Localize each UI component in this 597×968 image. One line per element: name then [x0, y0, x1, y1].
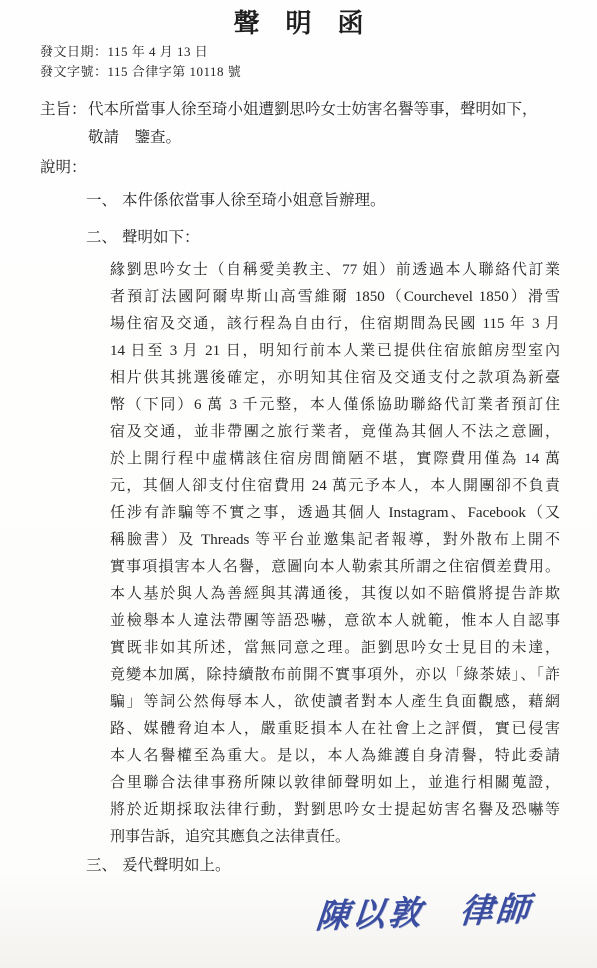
page-title: 聲明函: [0, 8, 597, 40]
list-item-3: 三、 爰代聲明如上。: [86, 853, 597, 879]
statement-line: 14 日至 3 月 21 日，明知行前本人業已提供住宿旅館房型室內: [110, 338, 560, 365]
explanation-heading: 說明：: [40, 156, 597, 180]
issue-date: 發文日期：115 年 4 月 13 日: [40, 42, 597, 62]
item-text: 爰代聲明如上。: [122, 853, 231, 879]
subject-line-2: 敬請 鑒查。: [88, 124, 560, 152]
subject-label: 主旨：: [40, 96, 88, 152]
statement-line: 並檢舉本人違法帶團等語恐嚇，意欲本人就範，惟本人自認事: [110, 608, 560, 635]
item-text: 聲明如下：: [122, 225, 200, 251]
doc-number: 發文字號：115 合律字第 10118 號: [40, 62, 597, 82]
statement-line: 宿及交通，並非帶團之旅行業者，竟僅為其個人不法之意圖，: [110, 419, 560, 446]
statement-letter-page: 聲明函 發文日期：115 年 4 月 13 日 發文字號：115 合律字第 10…: [0, 0, 597, 968]
subject-text: 代本所當事人徐至琦小姐遭劉思吟女士妨害名譽等事，聲明如下， 敬請 鑒查。: [88, 96, 560, 152]
statement-line: 緣劉思吟女士（自稱愛美教主、77 姐）前透過本人聯絡代訂業: [110, 257, 560, 284]
statement-line: 實事項損害本人名譽，意圖向本人勒索其所謂之住宿價差費用。: [110, 554, 560, 581]
statement-line: 將於近期採取法律行動，對劉思吟女士提起妨害名譽及恐嚇等: [110, 797, 560, 824]
statement-line: 刑事告訴，追究其應負之法律責任。: [110, 824, 560, 851]
statement-line: 任涉有詐騙等不實之事，透過其個人 Instagram、Facebook（又: [110, 500, 560, 527]
list-item-2: 二、 聲明如下：: [86, 225, 597, 251]
statement-line: 者預訂法國阿爾卑斯山高雪維爾 1850（Courchevel 1850）滑雪: [110, 284, 560, 311]
statement-line: 場住宿及交通，該行程為自由行，住宿期間為民國 115 年 3 月: [110, 311, 560, 338]
statement-line: 稱臉書）及 Threads 等平台並邀集記者報導，對外散布上開不: [110, 527, 560, 554]
item-number: 二、: [86, 225, 122, 251]
statement-line: 元，其個人卻支付住宿費用 24 萬元予本人，本人開團卻不負責: [110, 473, 560, 500]
document-meta: 發文日期：115 年 4 月 13 日 發文字號：115 合律字第 10118 …: [40, 42, 597, 82]
statement-line: 相片供其挑選後確定，亦明知其住宿及交通支付之款項為新臺: [110, 365, 560, 392]
item-number: 一、: [86, 188, 122, 214]
statement-line: 合里聯合法律事務所陳以敦律師聲明如上，並進行相關蒐證，: [110, 770, 560, 797]
statement-line: 本人名譽權至為重大。是以，本人為維護自身清譽，特此委請: [110, 743, 560, 770]
subject-line-1: 代本所當事人徐至琦小姐遭劉思吟女士妨害名譽等事，聲明如下，: [88, 96, 560, 124]
list-item-1: 一、 本件係依當事人徐至琦小姐意旨辦理。: [86, 188, 597, 214]
statement-line: 路、媒體脅迫本人，嚴重貶損本人在社會上之評價，實已侵害: [110, 716, 560, 743]
statement-line: 幣（下同）6 萬 3 千元整，本人僅係協助聯絡代訂業者預訂住: [110, 392, 560, 419]
item-text: 本件係依當事人徐至琦小姐意旨辦理。: [122, 188, 386, 214]
statement-line: 騙」等詞公然侮辱本人，欲使讀者對本人產生負面觀感，藉網: [110, 689, 560, 716]
statement-line: 實既非如其所述，當無同意之理。詎劉思吟女士見目的未達，: [110, 635, 560, 662]
statement-line: 於上開行程中虛構該住宿房間簡陋不堪，實際費用僅為 14 萬: [110, 446, 560, 473]
statement-line: 竟變本加厲，除持續散布前開不實事項外，亦以「綠茶婊」、「詐: [110, 662, 560, 689]
subject-block: 主旨： 代本所當事人徐至琦小姐遭劉思吟女士妨害名譽等事，聲明如下， 敬請 鑒查。: [40, 96, 597, 152]
lawyer-signature: 陳以敦 律師: [314, 884, 578, 941]
item-number: 三、: [86, 853, 122, 879]
statement-line: 本人基於與人為善經與其溝通後，其復以如不賠償將提告詐欺: [110, 581, 560, 608]
statement-paragraph: 緣劉思吟女士（自稱愛美教主、77 姐）前透過本人聯絡代訂業 者預訂法國阿爾卑斯山…: [110, 257, 560, 851]
